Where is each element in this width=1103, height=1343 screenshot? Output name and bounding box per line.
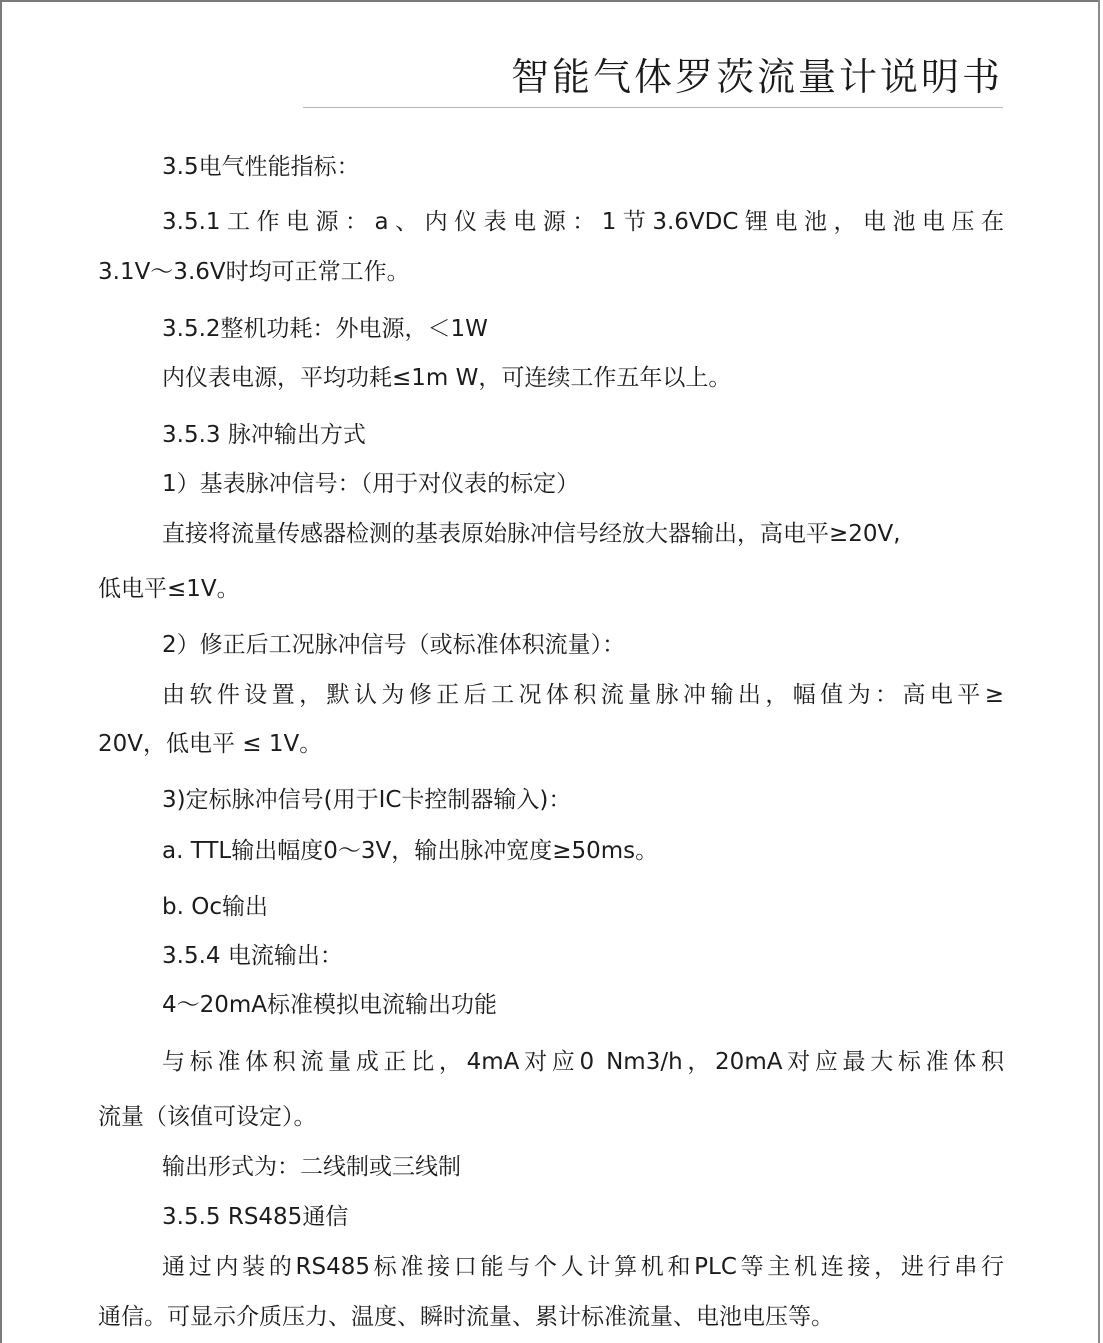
subsection-heading-3-5-4: 3.5.4 电流输出： <box>162 945 343 968</box>
page-border-right <box>1098 0 1100 1343</box>
paragraph-line: a. TTL输出幅度0～3V，输出脉冲宽度≥50ms。 <box>162 840 658 863</box>
paragraph-line: 3.5.1工作电源：a、内仪表电源：1节3.6VDC锂电池，电池电压在 <box>162 211 1004 234</box>
paragraph-line: 低电平≤1V。 <box>98 578 240 601</box>
paragraph-line: b. Oc输出 <box>162 896 268 919</box>
header-divider <box>303 107 1003 108</box>
paragraph-line: 与标准体积流量成正比，4mA对应0 Nm3/h，20mA对应最大标准体积 <box>162 1051 1004 1074</box>
subsection-heading-3-5-3: 3.5.3 脉冲输出方式 <box>162 424 366 447</box>
list-item-heading: 2）修正后工况脉冲信号（或标准体积流量）： <box>162 634 625 657</box>
paragraph-line: 4～20mA标准模拟电流输出功能 <box>162 994 497 1017</box>
paragraph-line: 内仪表电源，平均功耗≤1m W，可连续工作五年以上。 <box>162 367 731 390</box>
subsection-heading-3-5-5: 3.5.5 RS485通信 <box>162 1206 348 1229</box>
paragraph-line: 通过内装的RS485标准接口能与个人计算机和PLC等主机连接，进行串行 <box>162 1256 1004 1279</box>
paragraph-line: 3.1V～3.6V时均可正常工作。 <box>98 261 410 284</box>
section-heading-3-5: 3.5电气性能指标： <box>162 156 360 179</box>
paragraph-line: 20V，低电平 ≤ 1V。 <box>98 733 322 756</box>
paragraph-line: 输出形式为：二线制或三线制 <box>162 1156 461 1179</box>
subsection-heading-3-5-2: 3.5.2整机功耗：外电源，＜1W <box>162 318 488 341</box>
paragraph-line: 通信。可显示介质压力、温度、瞬时流量、累计标准流量、电池电压等。 <box>98 1306 834 1329</box>
document-page: 智能气体罗茨流量计说明书 3.5电气性能指标： 3.5.1工作电源：a、内仪表电… <box>0 0 1103 1343</box>
page-border-left <box>0 0 2 1343</box>
paragraph-line: 流量（该值可设定）。 <box>98 1106 317 1129</box>
paragraph-line: 由软件设置，默认为修正后工况体积流量脉冲输出，幅值为：高电平≥ <box>162 684 1004 707</box>
list-item-heading: 1）基表脉冲信号：（用于对仪表的标定） <box>162 473 579 496</box>
document-title: 智能气体罗茨流量计说明书 <box>511 58 1003 96</box>
list-item-heading: 3)定标脉冲信号(用于IC卡控制器输入)： <box>162 789 571 812</box>
paragraph-line: 直接将流量传感器检测的基表原始脉冲信号经放大器输出，高电平≥20V, <box>162 523 901 546</box>
page-border-top <box>0 0 1100 2</box>
